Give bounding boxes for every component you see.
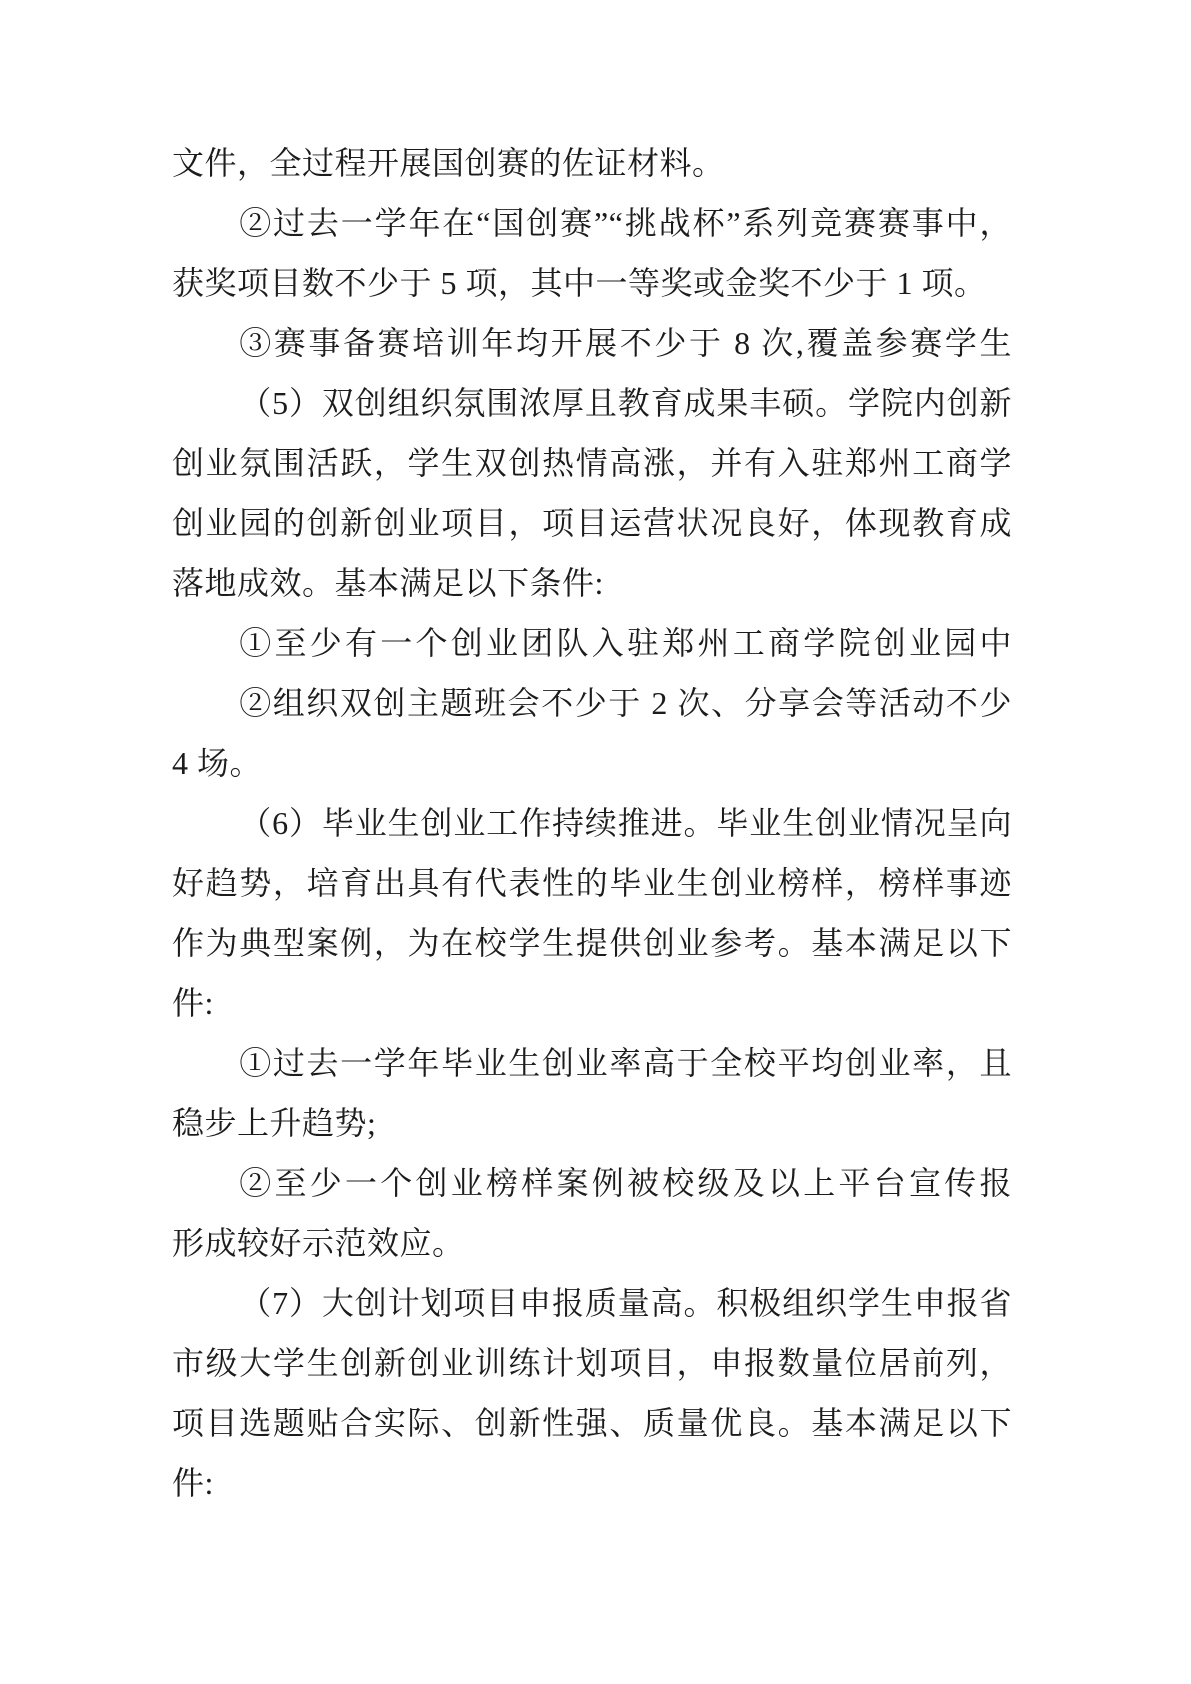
doc-line-6: 创业氛围活跃，学生双创热情高涨，并有入驻郑州工商学院: [172, 433, 1012, 493]
doc-line-15: 件:: [172, 973, 1012, 1033]
doc-line-8: 落地成效。基本满足以下条件:: [172, 553, 1012, 613]
doc-line-12: （6）毕业生创业工作持续推进。毕业生创业情况呈向: [172, 793, 1012, 853]
doc-line-13: 好趋势，培育出具有代表性的毕业生创业榜样，榜样事迹可: [172, 853, 1012, 913]
doc-line-20: （7）大创计划项目申报质量高。积极组织学生申报省: [172, 1273, 1012, 1333]
doc-line-1: 文件，全过程开展国创赛的佐证材料。: [172, 133, 1012, 193]
doc-line-16: ①过去一学年毕业生创业率高于全校平均创业率，且呈: [172, 1033, 1012, 1093]
doc-line-11: 4 场。: [172, 733, 1012, 793]
document-page: 文件，全过程开展国创赛的佐证材料。 ②过去一学年在“国创赛”“挑战杯”系列竞赛赛…: [0, 0, 1191, 1684]
doc-line-21: 市级大学生创新创业训练计划项目，申报数量位居前列，且: [172, 1333, 1012, 1393]
doc-line-3: 获奖项目数不少于 5 项，其中一等奖或金奖不少于 1 项。: [172, 253, 1012, 313]
doc-line-10: ②组织双创主题班会不少于 2 次、分享会等活动不少于: [172, 673, 1012, 733]
doc-line-9: ①至少有一个创业团队入驻郑州工商学院创业园中心。: [172, 613, 1012, 673]
doc-line-19: 形成较好示范效应。: [172, 1213, 1012, 1273]
doc-line-4: ③赛事备赛培训年均开展不少于 8 次,覆盖参赛学生 90%。: [172, 313, 1012, 373]
doc-line-23: 件:: [172, 1453, 1012, 1513]
doc-line-2: ②过去一学年在“国创赛”“挑战杯”系列竞赛赛事中，: [172, 193, 1012, 253]
doc-line-18: ②至少一个创业榜样案例被校级及以上平台宣传报道，: [172, 1153, 1012, 1213]
doc-line-5: （5）双创组织氛围浓厚且教育成果丰硕。学院内创新: [172, 373, 1012, 433]
doc-line-22: 项目选题贴合实际、创新性强、质量优良。基本满足以下条: [172, 1393, 1012, 1453]
doc-line-14: 作为典型案例，为在校学生提供创业参考。基本满足以下条: [172, 913, 1012, 973]
doc-line-7: 创业园的创新创业项目，项目运营状况良好，体现教育成果: [172, 493, 1012, 553]
doc-line-17: 稳步上升趋势;: [172, 1093, 1012, 1153]
